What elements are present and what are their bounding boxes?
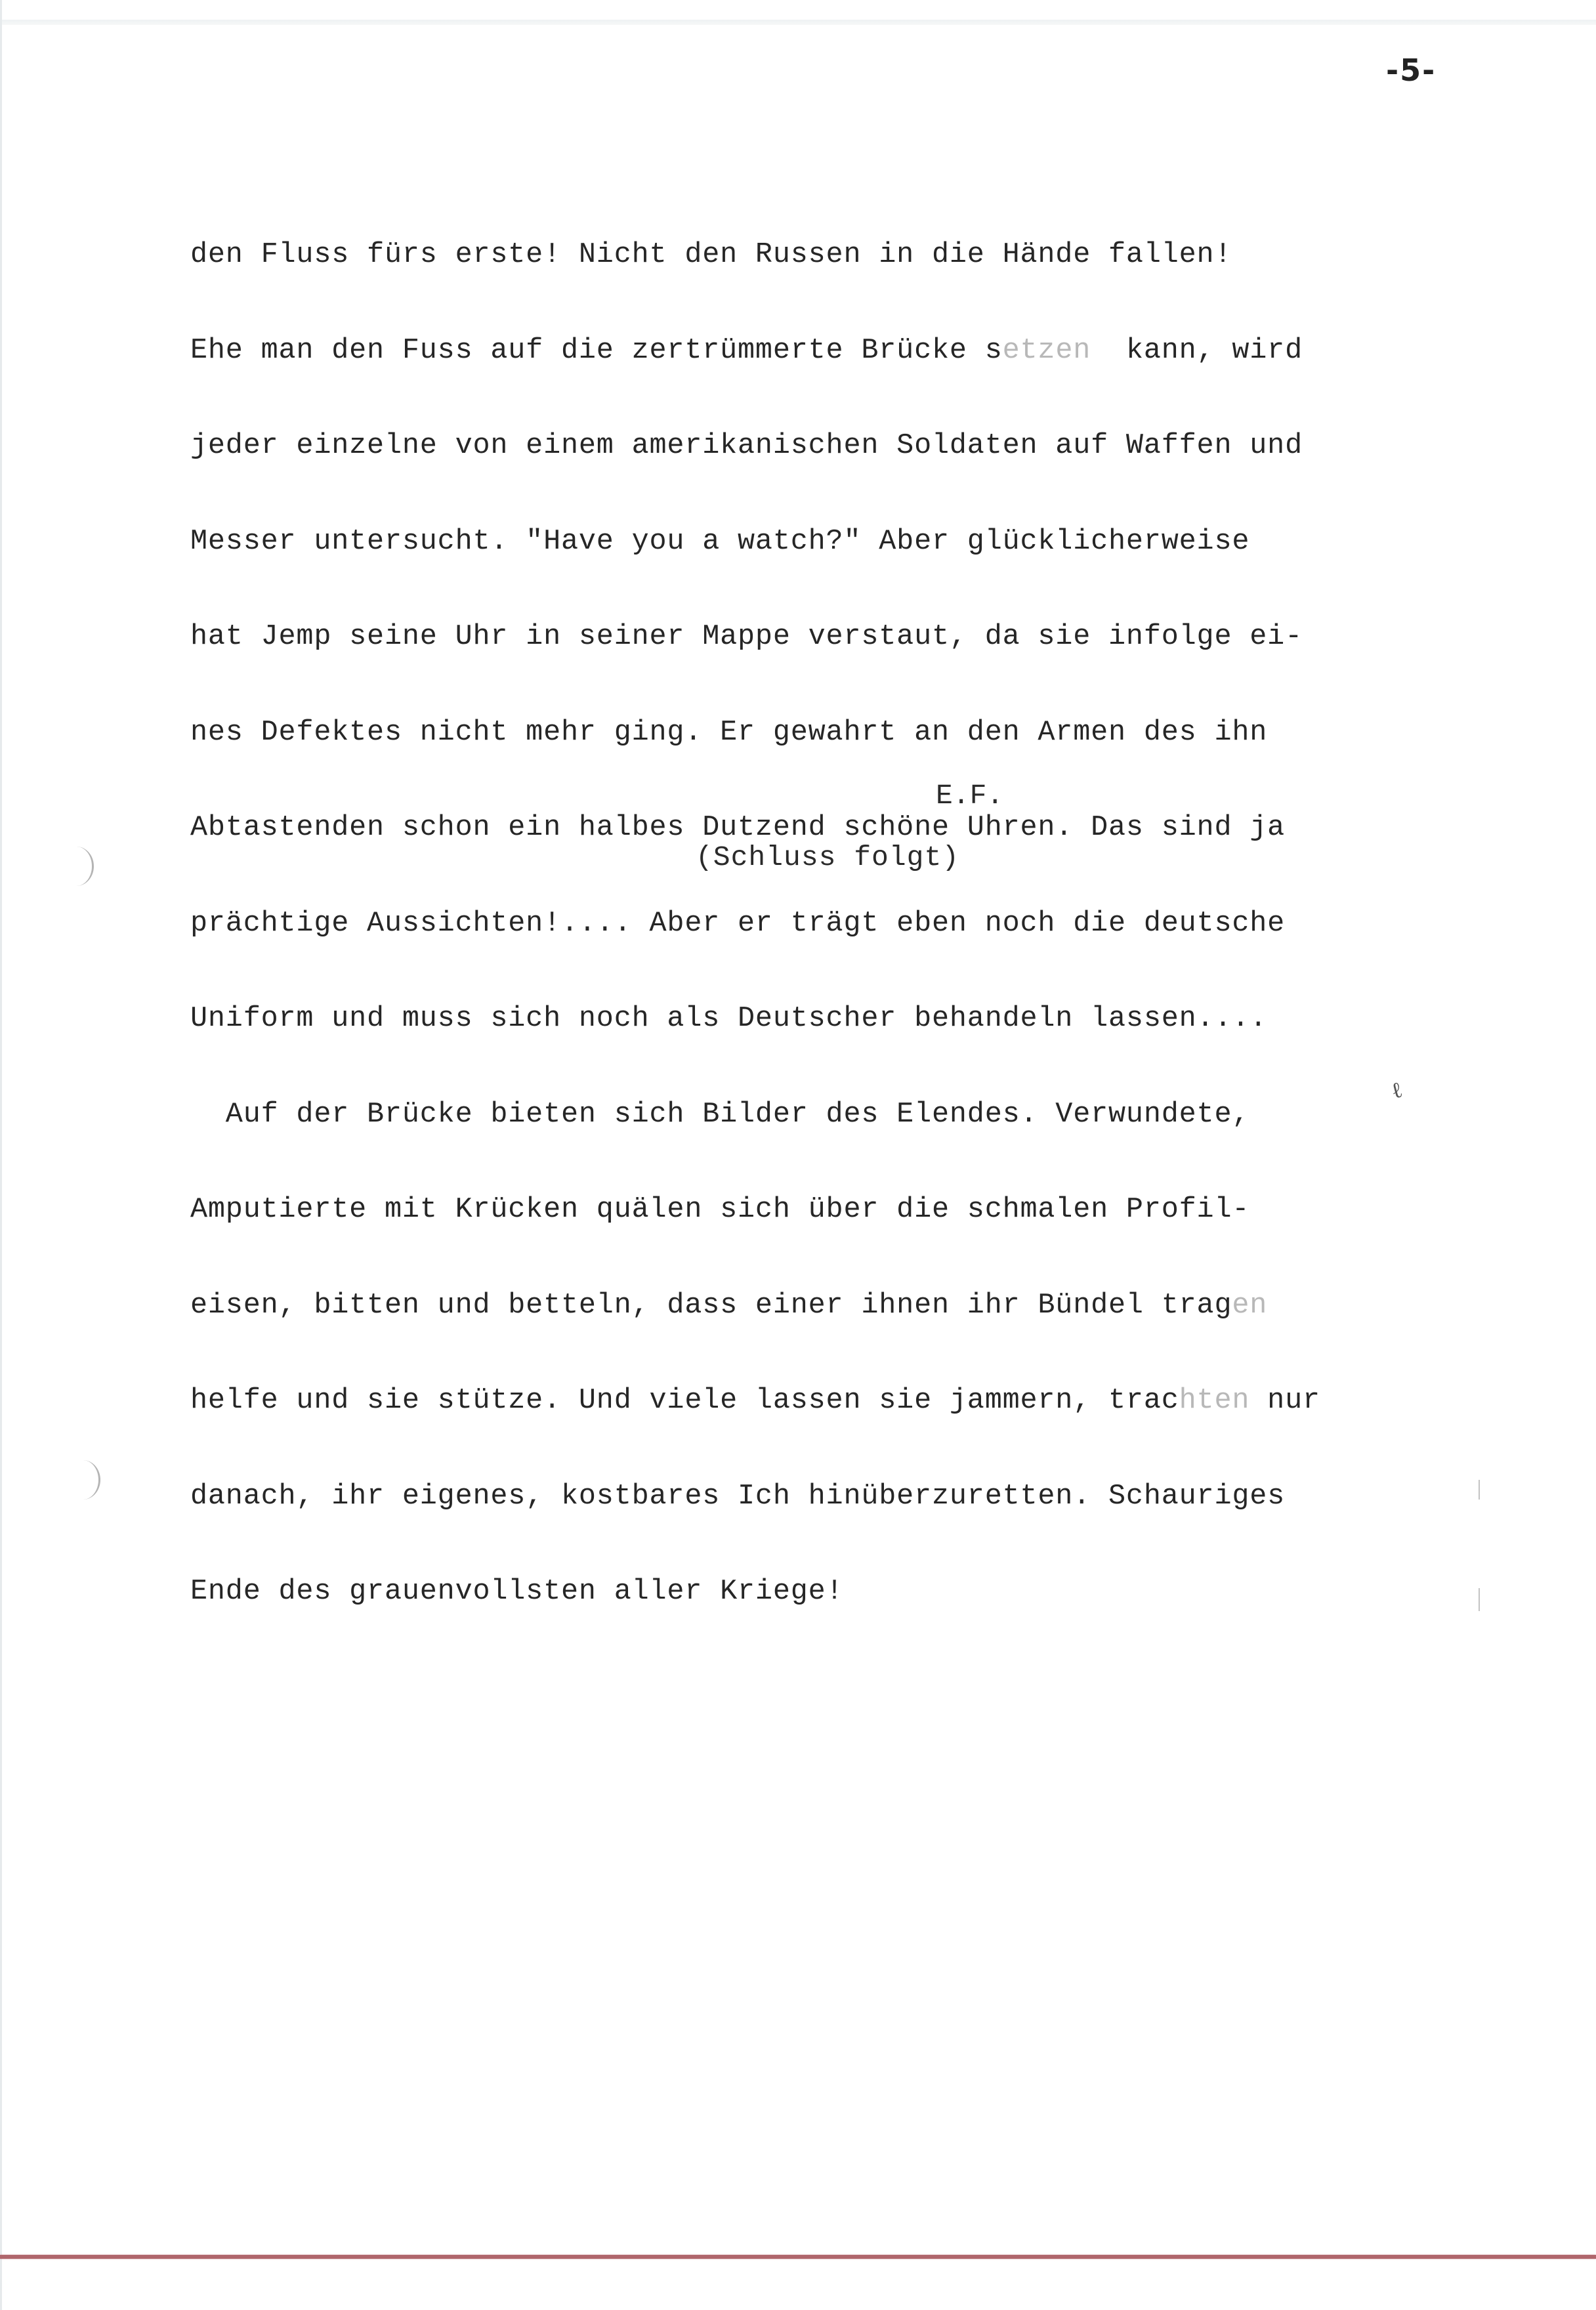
bottom-rule-line xyxy=(0,2255,1596,2259)
faded-text: en xyxy=(1232,1290,1267,1322)
text-line-1: den Fluss fürs erste! Nicht den Russen i… xyxy=(190,240,1477,272)
text-segment: eisen, bitten und betteln, dass einer ih… xyxy=(190,1290,1232,1322)
text-line-2: Ehe man den Fuss auf die zertrümmerte Br… xyxy=(190,335,1477,367)
text-line-13: helfe und sie stütze. Und viele lassen s… xyxy=(190,1385,1477,1417)
punch-hole-icon xyxy=(59,847,94,886)
punch-hole-icon xyxy=(66,1460,100,1500)
margin-tick-mark xyxy=(1479,1480,1480,1500)
margin-tick-mark xyxy=(1479,1588,1480,1611)
faded-text: hten xyxy=(1179,1385,1250,1417)
faded-text: etzen xyxy=(1003,335,1091,367)
scan-top-edge xyxy=(0,20,1596,25)
text-line-4: Messer untersucht. "Have you a watch?" A… xyxy=(190,526,1477,558)
text-line-5: hat Jemp seine Uhr in seiner Mappe verst… xyxy=(190,621,1477,654)
text-line-3: jeder einzelne von einem amerikanischen … xyxy=(190,430,1477,463)
text-segment: helfe und sie stütze. Und viele lassen s… xyxy=(190,1385,1179,1417)
text-line-7: Abtastenden schon ein halbes Dutzend sch… xyxy=(190,812,1477,845)
author-initials: E.F. xyxy=(936,780,1003,812)
text-line-9: Uniform und muss sich noch als Deutscher… xyxy=(190,1003,1477,1036)
text-segment: nur xyxy=(1249,1385,1320,1417)
text-segment: Ehe man den Fuss auf die zertrümmerte Br… xyxy=(190,335,1003,367)
text-line-15: Ende des grauenvollsten aller Kriege! xyxy=(190,1576,1477,1608)
page-number: -5- xyxy=(1386,52,1436,88)
continued-note: (Schluss folgt) xyxy=(696,841,959,873)
text-line-8: prächtige Aussichten!.... Aber er trägt … xyxy=(190,908,1477,940)
text-segment: kann, wird xyxy=(1091,335,1303,367)
scan-left-edge xyxy=(0,0,2,2310)
body-text: den Fluss fürs erste! Nicht den Russen i… xyxy=(190,176,1477,1640)
text-line-6: nes Defektes nicht mehr ging. Er gewahrt… xyxy=(190,717,1477,749)
text-line-14: danach, ihr eigenes, kostbares Ich hinüb… xyxy=(190,1481,1477,1513)
text-line-11: Amputierte mit Krücken quälen sich über … xyxy=(190,1194,1477,1227)
text-line-12: eisen, bitten und betteln, dass einer ih… xyxy=(190,1290,1477,1322)
text-line-10: Auf der Brücke bieten sich Bilder des El… xyxy=(190,1099,1477,1131)
